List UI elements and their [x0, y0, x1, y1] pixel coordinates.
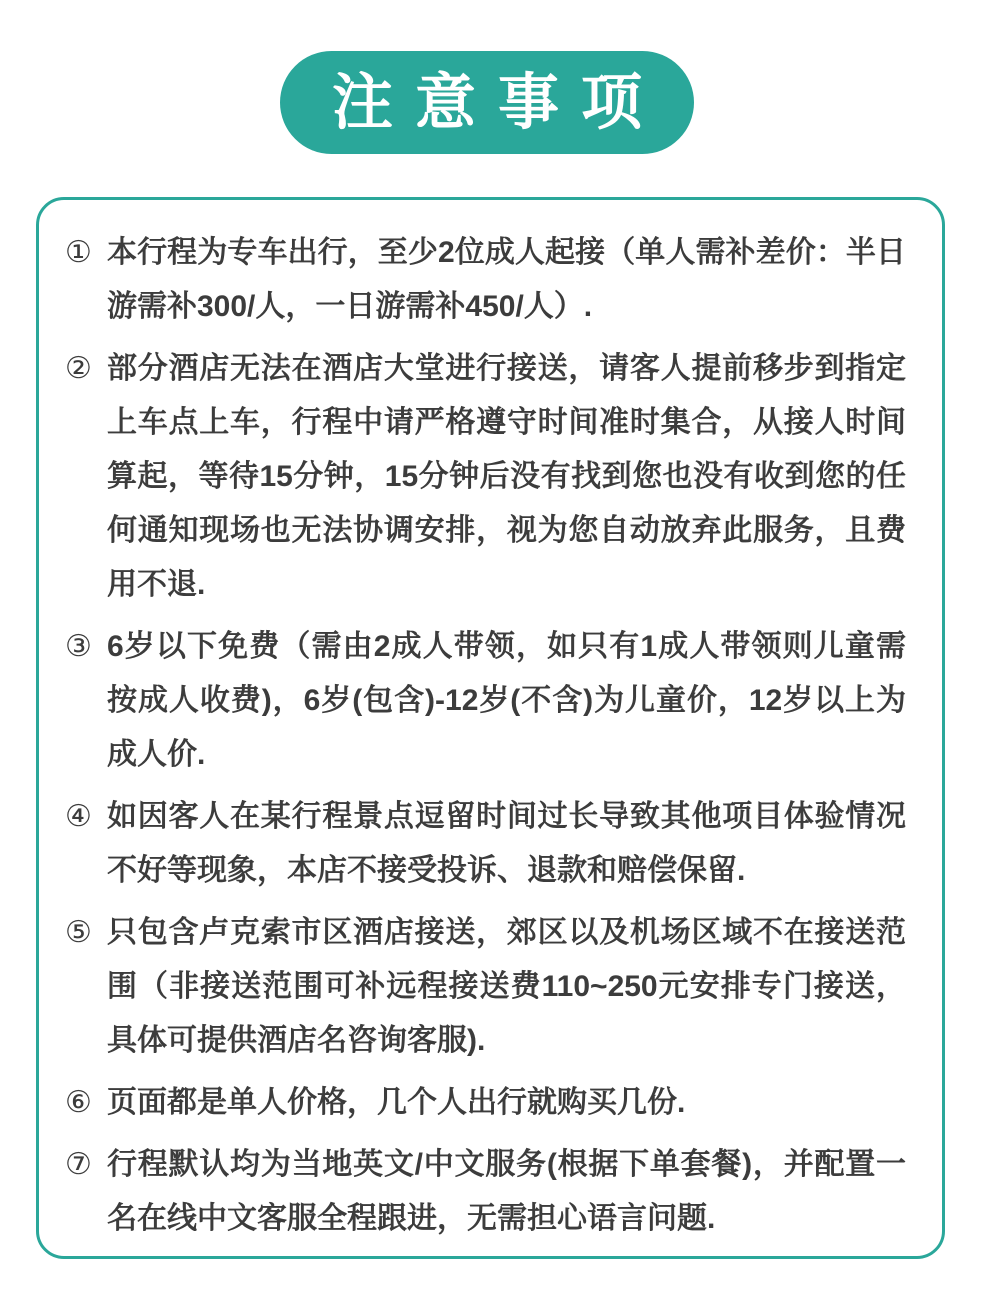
notice-item: ① 本行程为专车出行，至少2位成人起接（单人需补差价：半日游需补300/人，一日…	[65, 226, 906, 334]
item-number: ⑤	[65, 906, 107, 960]
page-title: 注意事项	[310, 72, 664, 133]
notice-title-badge: 注意事项	[280, 51, 694, 154]
notice-box: ① 本行程为专车出行，至少2位成人起接（单人需补差价：半日游需补300/人，一日…	[36, 197, 945, 1259]
notice-item: ④ 如因客人在某行程景点逗留时间过长导致其他项目体验情况不好等现象，本店不接受投…	[65, 790, 906, 898]
item-number: ①	[65, 226, 107, 280]
item-text: 6岁以下免费（需由2成人带领，如只有1成人带领则儿童需按成人收费)，6岁(包含)…	[107, 620, 906, 782]
item-number: ⑥	[65, 1076, 107, 1130]
item-number: ②	[65, 342, 107, 396]
item-number: ④	[65, 790, 107, 844]
notice-list: ① 本行程为专车出行，至少2位成人起接（单人需补差价：半日游需补300/人，一日…	[65, 226, 906, 1246]
item-text: 页面都是单人价格，几个人出行就购买几份.	[107, 1076, 906, 1130]
notice-item: ⑥ 页面都是单人价格，几个人出行就购买几份.	[65, 1076, 906, 1130]
item-text: 只包含卢克索市区酒店接送，郊区以及机场区域不在接送范围（非接送范围可补远程接送费…	[107, 906, 906, 1068]
item-number: ③	[65, 620, 107, 674]
notice-item: ③ 6岁以下免费（需由2成人带领，如只有1成人带领则儿童需按成人收费)，6岁(包…	[65, 620, 906, 782]
item-text: 部分酒店无法在酒店大堂进行接送，请客人提前移步到指定上车点上车，行程中请严格遵守…	[107, 342, 906, 612]
item-text: 本行程为专车出行，至少2位成人起接（单人需补差价：半日游需补300/人，一日游需…	[107, 226, 906, 334]
item-number: ⑦	[65, 1138, 107, 1192]
notice-item: ② 部分酒店无法在酒店大堂进行接送，请客人提前移步到指定上车点上车，行程中请严格…	[65, 342, 906, 612]
item-text: 行程默认均为当地英文/中文服务(根据下单套餐)，并配置一名在线中文客服全程跟进，…	[107, 1138, 906, 1246]
notice-item: ⑦ 行程默认均为当地英文/中文服务(根据下单套餐)，并配置一名在线中文客服全程跟…	[65, 1138, 906, 1246]
item-text: 如因客人在某行程景点逗留时间过长导致其他项目体验情况不好等现象，本店不接受投诉、…	[107, 790, 906, 898]
notice-item: ⑤ 只包含卢克索市区酒店接送，郊区以及机场区域不在接送范围（非接送范围可补远程接…	[65, 906, 906, 1068]
